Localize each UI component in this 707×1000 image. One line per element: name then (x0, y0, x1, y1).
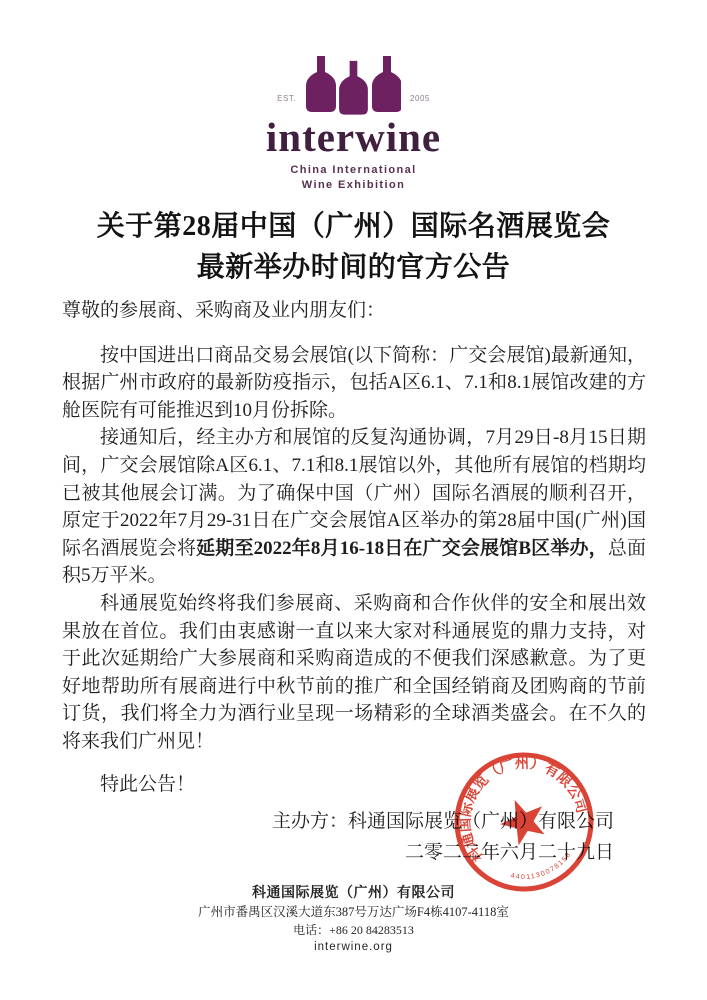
letter-body: 尊敬的参展商、采购商及业内朋友们： 按中国进出口商品交易会展馆(以下简称：广交会… (62, 297, 646, 798)
closing-statement: 特此公告！ (62, 771, 646, 799)
paragraph-venue-notice: 按中国进出口商品交易会展馆(以下简称：广交会展馆)最新通知，根据广州市政府的最新… (62, 342, 646, 425)
footer-phone: 电话：+86 20 84283513 (0, 922, 707, 939)
paragraph-reschedule: 接通知后，经主办方和展馆的反复沟通协调，7月29日-8月15日期间，广交会展馆除… (62, 424, 646, 590)
reschedule-bold-highlight: 延期至2022年8月16-18日在广交会展馆B区举办， (196, 538, 608, 559)
signature-block: 主办方：科通国际展览（广州）有限公司 二零二二年六月二十九日 (62, 806, 614, 868)
announcement-title: 关于第28届中国（广州）国际名酒展览会 最新举办时间的官方公告 (0, 206, 707, 288)
logo-year-label: 2005 (410, 94, 430, 116)
title-line2: 最新举办时间的官方公告 (0, 247, 707, 288)
logo-tagline-line2: Wine Exhibition (0, 178, 707, 193)
announcement-document: EST. 2005 interwine China International … (0, 0, 707, 1000)
footer-company-name: 科通国际展览（广州）有限公司 (0, 884, 707, 903)
title-line1: 关于第28届中国（广州）国际名酒展览会 (0, 206, 707, 247)
paragraph-apology: 科通展览始终将我们参展商、采购商和合作伙伴的安全和展出效果放在首位。我们由衷感谢… (62, 590, 646, 756)
organizer-line: 主办方：科通国际展览（广州）有限公司 (62, 806, 614, 837)
interwine-logo: EST. 2005 interwine China International … (0, 54, 707, 193)
footer-address: 广州市番禺区汉溪大道东387号万达广场F4栋4107-4118室 (0, 903, 707, 922)
salutation: 尊敬的参展商、采购商及业内朋友们： (62, 297, 646, 325)
logo-tagline-line1: China International (0, 163, 707, 178)
logo-est-label: EST. (277, 94, 296, 116)
logo-wordmark: interwine (0, 117, 707, 158)
date-line: 二零二二年六月二十九日 (62, 837, 614, 868)
footer-website: interwine.org (0, 939, 707, 956)
wine-bottles-icon (305, 54, 401, 116)
footer: 科通国际展览（广州）有限公司 广州市番禺区汉溪大道东387号万达广场F4栋410… (0, 884, 707, 956)
